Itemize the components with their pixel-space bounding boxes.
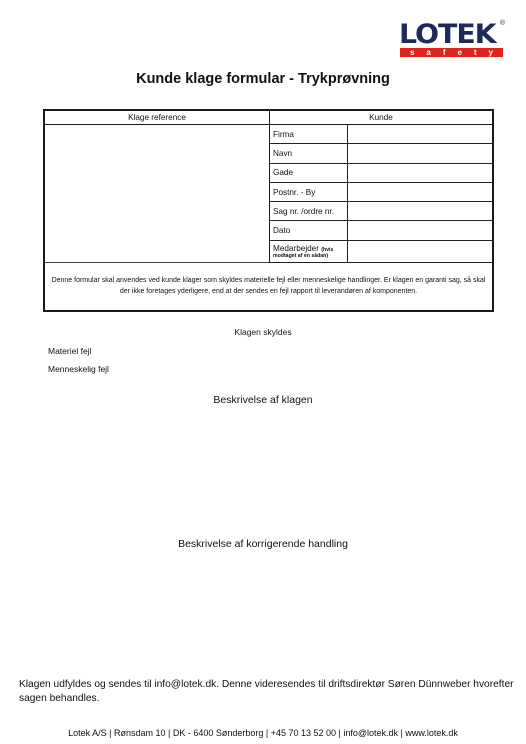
- usage-notice: Denne formular skal anvendes ved kunde k…: [45, 264, 492, 310]
- option-menneskelig-fejl[interactable]: Menneskelig fejl: [48, 364, 109, 374]
- sag-nr-field[interactable]: [348, 202, 492, 220]
- field-label: Firma: [270, 125, 348, 143]
- logo-tagline-letter: e: [457, 48, 461, 57]
- logo-tagline-bar: s a f e t y: [400, 48, 503, 57]
- logo-tagline-letter: f: [443, 48, 446, 57]
- option-materiel-fejl[interactable]: Materiel fejl: [48, 346, 91, 356]
- logo-brand: LOTEK: [399, 22, 496, 48]
- header-klage-reference: Klage reference: [45, 111, 270, 125]
- complaint-description-heading: Beskrivelse af klagen: [0, 394, 526, 406]
- gade-field[interactable]: [348, 164, 492, 182]
- field-label: Gade: [270, 164, 348, 182]
- field-label-note: modtaget af en sådan): [273, 253, 333, 259]
- registered-mark-icon: ®: [500, 20, 505, 27]
- field-row-medarbejder: Medarbejder (hvis modtaget af en sådan): [270, 241, 492, 264]
- navn-field[interactable]: [348, 144, 492, 162]
- firma-field[interactable]: [348, 125, 492, 143]
- logo-tagline-letter: t: [474, 48, 477, 57]
- field-label: Sag nr. /ordre nr.: [270, 202, 348, 220]
- company-footer: Lotek A/S | Rønsdam 10 | DK - 6400 Sønde…: [0, 728, 526, 738]
- field-row-dato: Dato: [270, 221, 492, 240]
- field-label: Postnr. - By: [270, 183, 348, 201]
- field-label-main: Medarbejder: [273, 244, 319, 253]
- logo-tagline-letter: y: [489, 48, 493, 57]
- logo-tagline-letter: a: [426, 48, 430, 57]
- corrective-action-heading: Beskrivelse af korrigerende handling: [0, 538, 526, 550]
- header-kunde: Kunde: [270, 111, 492, 125]
- document-title: Kunde klage formular - Trykprøvning: [0, 71, 526, 87]
- field-row-navn: Navn: [270, 144, 492, 163]
- klage-reference-field[interactable]: [45, 125, 270, 263]
- field-row-sag-nr: Sag nr. /ordre nr.: [270, 202, 492, 221]
- dato-field[interactable]: [348, 221, 492, 239]
- field-row-gade: Gade: [270, 164, 492, 183]
- closing-instructions: Klagen udfyldes og sendes til info@lotek…: [19, 678, 514, 706]
- cause-heading: Klagen skyldes: [0, 327, 526, 337]
- postnr-by-field[interactable]: [348, 183, 492, 201]
- field-label: Medarbejder (hvis modtaget af en sådan): [270, 241, 348, 263]
- medarbejder-field[interactable]: [348, 241, 492, 263]
- field-row-firma: Firma: [270, 125, 492, 144]
- complaint-form-table: Klage reference Kunde Firma Navn Gade Po…: [43, 109, 494, 312]
- logo-tagline-letter: s: [410, 48, 414, 57]
- lotek-logo: LOTEK ® s a f e t y: [399, 22, 505, 58]
- field-label: Navn: [270, 144, 348, 162]
- customer-fields: Firma Navn Gade Postnr. - By Sag nr. /or…: [270, 125, 492, 263]
- field-label: Dato: [270, 221, 348, 239]
- table-header-row: Klage reference Kunde: [45, 111, 492, 125]
- field-row-postnr-by: Postnr. - By: [270, 183, 492, 202]
